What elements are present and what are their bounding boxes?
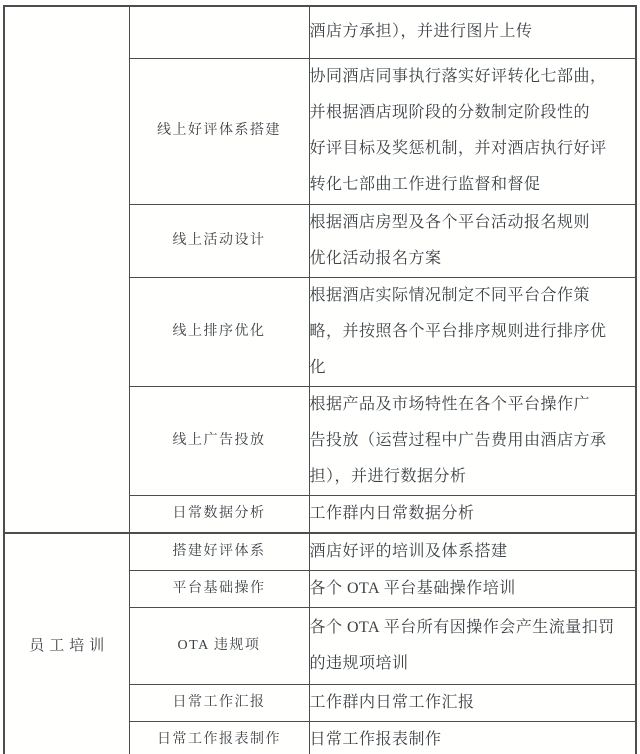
category-cell-staff-training: 员工培训: [4, 533, 129, 754]
task-cell: 搭建好评体系: [129, 533, 309, 571]
task-cell: OTA 违规项: [129, 608, 309, 685]
desc-cell: 酒店好评的培训及体系搭建: [309, 533, 636, 571]
desc-cell: 协同酒店同事执行落实好评转化七部曲， 并根据酒店现阶段的分数制定阶段性的 好评目…: [309, 58, 636, 204]
task-cell: 日常工作报表制作: [129, 722, 309, 754]
table-row: 员工培训 搭建好评体系 酒店好评的培训及体系搭建: [4, 533, 636, 571]
task-cell: 线上广告投放: [129, 386, 309, 495]
desc-cell: 酒店方承担），并进行图片上传: [309, 6, 636, 58]
category-cell-blank: [4, 6, 129, 533]
task-cell: 平台基础操作: [129, 571, 309, 608]
task-cell: 日常工作汇报: [129, 685, 309, 722]
task-cell: 日常数据分析: [129, 495, 309, 533]
desc-cell: 工作群内日常工作汇报: [309, 685, 636, 722]
desc-cell: 日常工作报表制作: [309, 722, 636, 754]
task-cell: 线上好评体系搭建: [129, 58, 309, 204]
desc-cell: 各个 OTA 平台基础操作培训: [309, 571, 636, 608]
desc-cell: 根据酒店房型及各个平台活动报名规则 优化活动报名方案: [309, 204, 636, 277]
task-cell: 线上活动设计: [129, 204, 309, 277]
ota-duties-table: 酒店方承担），并进行图片上传 线上好评体系搭建 协同酒店同事执行落实好评转化七部…: [3, 5, 637, 754]
task-cell: [129, 6, 309, 58]
desc-cell: 根据产品及市场特性在各个平台操作广 告投放（运营过程中广告费用由酒店方承 担），…: [309, 386, 636, 495]
desc-cell: 根据酒店实际情况制定不同平台合作策 略，并按照各个平台排序规则进行排序优 化: [309, 277, 636, 386]
desc-cell: 各个 OTA 平台所有因操作会产生流量扣罚 的违规项培训: [309, 608, 636, 685]
table-row: 酒店方承担），并进行图片上传: [4, 6, 636, 58]
document-page: 酒店方承担），并进行图片上传 线上好评体系搭建 协同酒店同事执行落实好评转化七部…: [0, 0, 640, 754]
task-cell: 线上排序优化: [129, 277, 309, 386]
desc-cell: 工作群内日常数据分析: [309, 495, 636, 533]
